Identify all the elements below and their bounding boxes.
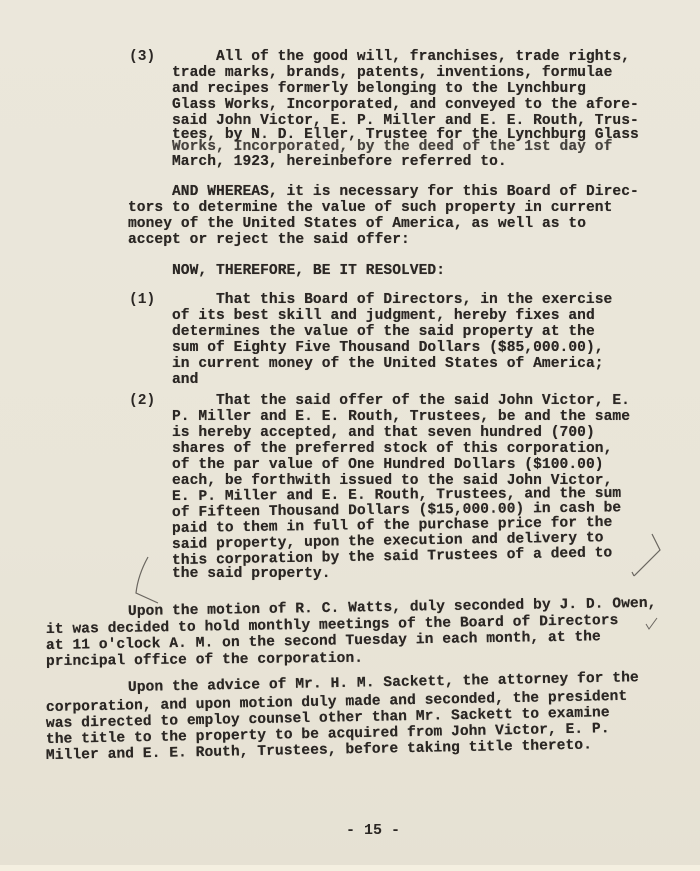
item-2-line-3: is hereby accepted, and that seven hundr…	[172, 425, 595, 441]
paper-bottom-edge	[0, 865, 700, 871]
item-2-line-2: P. Miller and E. E. Routh, Trustees, be …	[172, 409, 630, 425]
whereas-line-4: accept or reject the said offer:	[128, 232, 410, 248]
item-3-line-2: trade marks, brands, patents, inventions…	[172, 65, 612, 81]
resolved-heading: NOW, THEREFORE, BE IT RESOLVED:	[172, 263, 445, 279]
item-3-line-4: Glass Works, Incorporated, and conveyed …	[172, 97, 639, 113]
item-1-line-3: determines the value of the said propert…	[172, 324, 595, 340]
item-1-number: (1)	[129, 292, 155, 308]
page-number: - 15 -	[346, 822, 400, 839]
item-1-line-4: sum of Eighty Five Thousand Dollars ($85…	[172, 340, 604, 356]
item-3-line-3: and recipes formerly belonging to the Ly…	[172, 81, 586, 97]
item-2-line-1: That the said offer of the said John Vic…	[216, 393, 630, 409]
item-3-line-8: March, 1923, hereinbefore referred to.	[172, 154, 507, 170]
item-2-line-12: the said property.	[172, 566, 331, 582]
right-pencil-bracket-icon	[624, 532, 664, 582]
item-3-line-1: All of the good will, franchises, trade …	[216, 49, 630, 65]
document-page: (3) All of the good will, franchises, tr…	[0, 0, 700, 871]
item-2-line-5: of the par value of One Hundred Dollars …	[172, 457, 604, 473]
watts-line-4: principal office of the corporation.	[46, 651, 363, 670]
pencil-check-icon	[644, 616, 660, 632]
item-1-line-6: and	[172, 372, 198, 388]
item-3-number: (3)	[129, 49, 155, 65]
item-3-line-7: Works, Incorporated, by the deed of the …	[172, 139, 612, 155]
whereas-line-2: tors to determine the value of such prop…	[128, 200, 612, 216]
item-2-number: (2)	[129, 393, 155, 409]
whereas-line-1: AND WHEREAS, it is necessary for this Bo…	[172, 184, 639, 200]
item-1-line-5: in current money of the United States of…	[172, 356, 604, 372]
item-1-line-1: That this Board of Directors, in the exe…	[216, 292, 612, 308]
left-pencil-bracket-icon	[130, 555, 170, 607]
item-2-line-4: shares of the preferred stock of this co…	[172, 441, 612, 457]
item-1-line-2: of its best skill and judgment, hereby f…	[172, 308, 595, 324]
whereas-line-3: money of the United States of America, a…	[128, 216, 586, 232]
